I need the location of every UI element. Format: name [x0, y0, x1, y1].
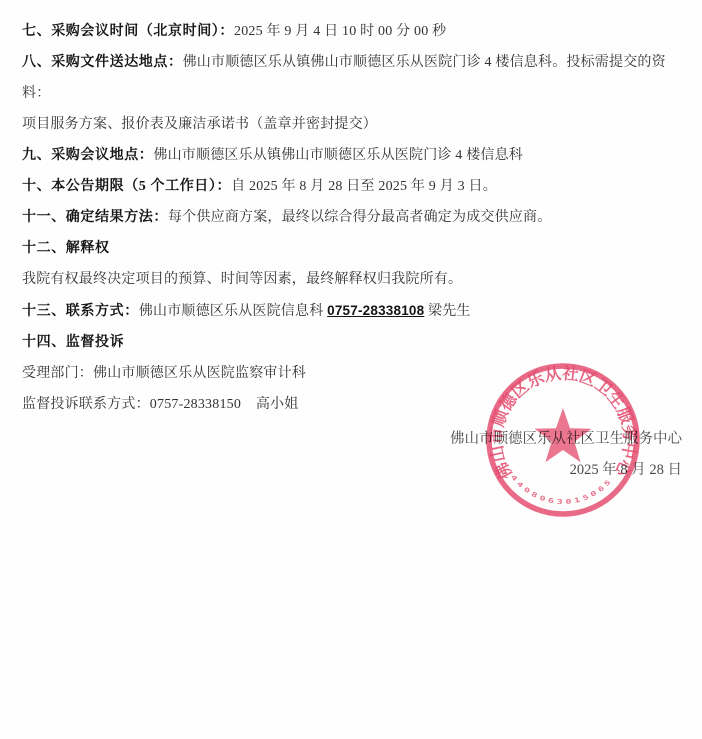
- item-12-body: 我院有权最终决定项目的预算、时间等因素，最终解释权归我院所有。: [22, 264, 690, 295]
- item-9: 九、采购会议地点：佛山市顺德区乐从镇佛山市顺德区乐从医院门诊 4 楼信息科: [22, 140, 690, 171]
- item-12-body-text: 我院有权最终决定项目的预算、时间等因素，最终解释权归我院所有。: [22, 272, 462, 287]
- item-10: 十、本公告期限（5 个工作日）：自 2025 年 8 月 28 日至 2025 …: [22, 171, 690, 202]
- item-7-label: 七、采购会议时间（北京时间）：: [22, 24, 234, 39]
- item-11: 十一、确定结果方法：每个供应商方案，最终以综合得分最高者确定为成交供应商。: [22, 202, 690, 233]
- item-11-text: 每个供应商方案，最终以综合得分最高者确定为成交供应商。: [168, 210, 551, 225]
- item-14: 十四、监督投诉: [22, 327, 690, 358]
- official-red-seal: 佛山市顺德区乐从社区卫生服务中心 4408063015065: [478, 355, 648, 525]
- item-7-text: 2025 年 9 月 4 日 10 时 00 分 00 秒: [234, 24, 446, 39]
- item-13-text-after: 梁先生: [424, 304, 470, 319]
- item-12-label: 十二、解释权: [22, 241, 110, 256]
- item-8-continuation: 项目服务方案、报价表及廉洁承诺书（盖章并密封提交）: [22, 109, 690, 140]
- item-10-text: 自 2025 年 8 月 28 日至 2025 年 9 月 3 日。: [231, 179, 497, 194]
- complaint-contact-text: 监督投诉联系方式：0757-28338150 高小姐: [22, 397, 298, 412]
- item-8: 八、采购文件送达地点：佛山市顺德区乐从镇佛山市顺德区乐从医院门诊 4 楼信息科。…: [22, 47, 690, 109]
- scanned-procurement-notice-page: 七、采购会议时间（北京时间）：2025 年 9 月 4 日 10 时 00 分 …: [0, 0, 702, 739]
- accepting-department-text: 受理部门：佛山市顺德区乐从医院监察审计科: [22, 366, 306, 381]
- item-13: 十三、联系方式：佛山市顺德区乐从医院信息科 0757-28338108 梁先生: [22, 295, 690, 327]
- item-13-text-before: 佛山市顺德区乐从医院信息科: [139, 304, 327, 319]
- item-9-label: 九、采购会议地点：: [22, 148, 153, 163]
- item-9-text: 佛山市顺德区乐从镇佛山市顺德区乐从医院门诊 4 楼信息科: [153, 148, 523, 163]
- item-10-label: 十、本公告期限（5 个工作日）：: [22, 179, 231, 194]
- item-8-label: 八、采购文件送达地点：: [22, 55, 183, 70]
- item-13-label: 十三、联系方式：: [22, 304, 139, 319]
- seal-star-icon: [535, 408, 592, 462]
- item-12: 十二、解释权: [22, 233, 690, 264]
- item-8-continuation-text: 项目服务方案、报价表及廉洁承诺书（盖章并密封提交）: [22, 117, 377, 132]
- item-7: 七、采购会议时间（北京时间）：2025 年 9 月 4 日 10 时 00 分 …: [22, 16, 690, 47]
- item-14-label: 十四、监督投诉: [22, 335, 124, 350]
- item-11-label: 十一、确定结果方法：: [22, 210, 168, 225]
- contact-phone-number: 0757-28338108: [327, 303, 424, 318]
